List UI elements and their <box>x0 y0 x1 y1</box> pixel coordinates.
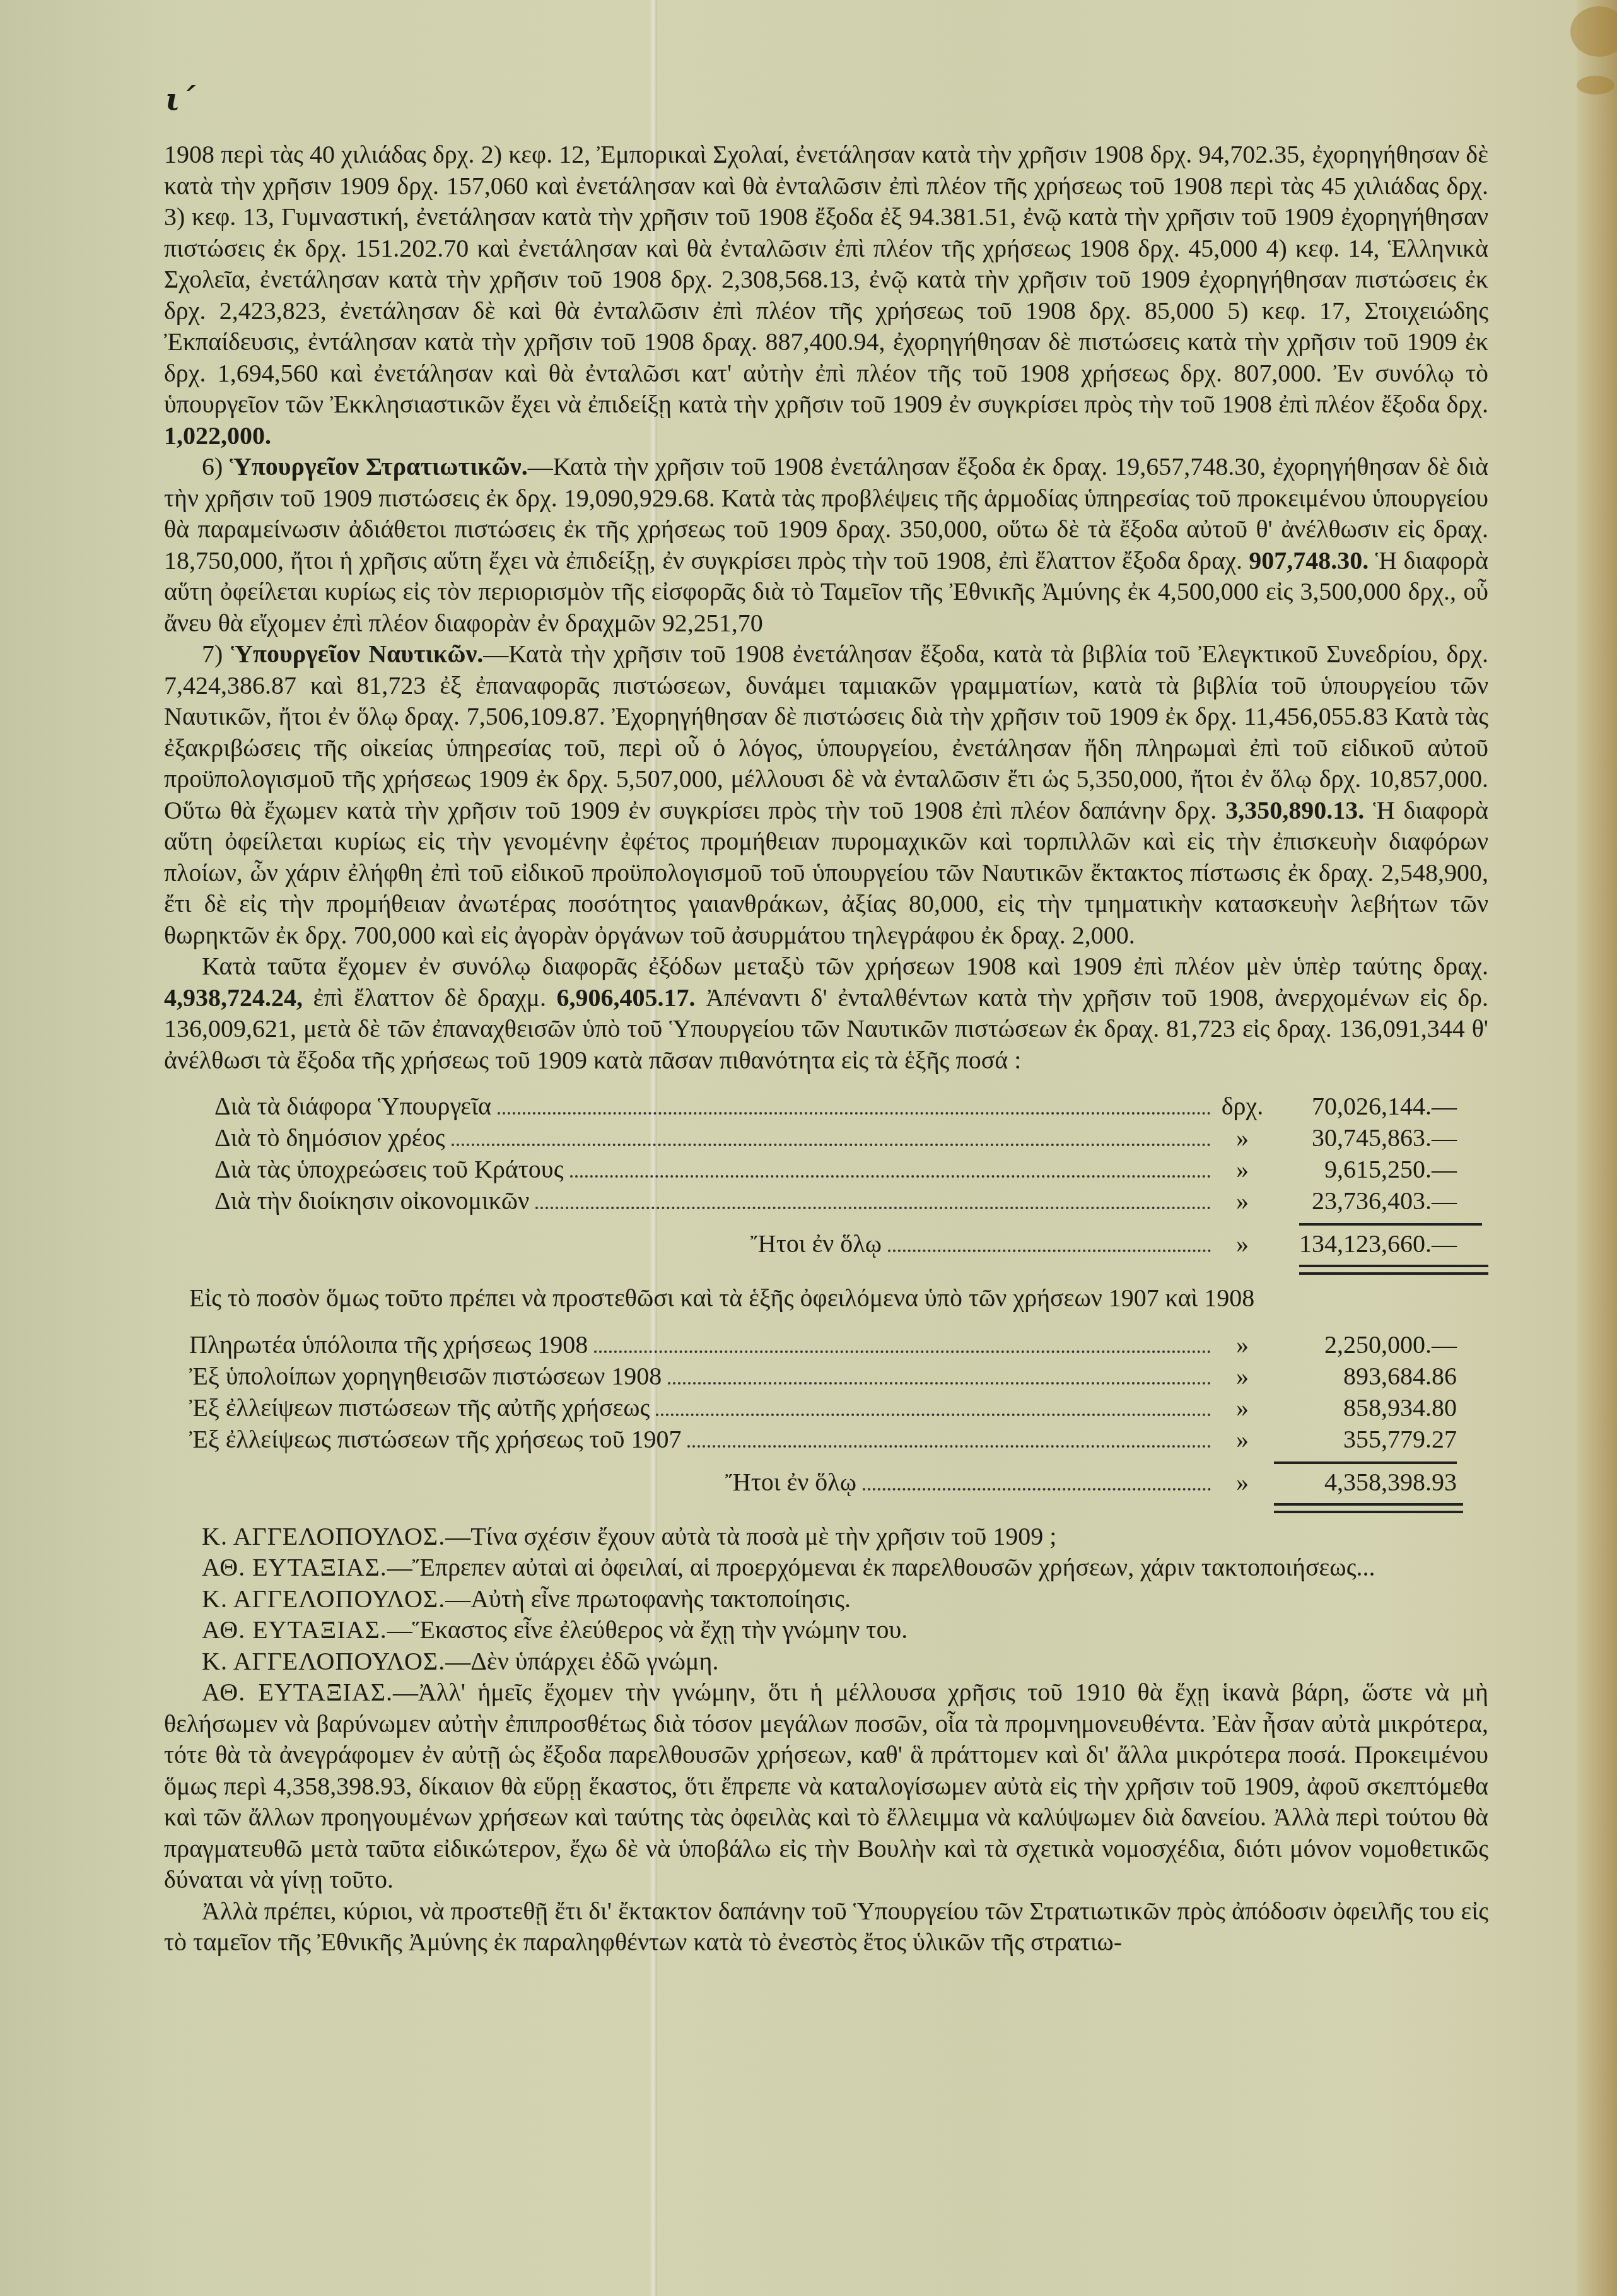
total-double-rule <box>1299 1265 1488 1275</box>
page-edge <box>1577 0 1617 2296</box>
paragraph-education: 1908 περὶ τὰς 40 χιλιάδας δρχ. 2) κεφ. 1… <box>164 139 1488 451</box>
ledger-row: Διὰ τὴν διοίκησιν οἰκονομικῶν »23,736,40… <box>214 1185 1476 1217</box>
speaker-name: Κ. ΑΓΓΕΛΟΠΟΥΛΟΣ. <box>202 1647 445 1675</box>
speaker-name: Κ. ΑΓΓΕΛΟΠΟΥΛΟΣ. <box>202 1522 445 1550</box>
dialogue-line: Κ. ΑΓΓΕΛΟΠΟΥΛΟΣ.—Αὐτὴ εἶνε πρωτοφανὴς τα… <box>164 1583 1488 1615</box>
page-number: ι΄ <box>165 82 195 117</box>
ledger-row: Ἐξ ἐλλείψεων πιστώσεων τῆς αὐτῆς χρήσεως… <box>189 1392 1476 1424</box>
ledger-row: Διὰ τὸ δημόσιον χρέος »30,745,863.— <box>214 1122 1476 1154</box>
ledger-total: Ἤτοι ἐν ὅλῳ »4,358,398.93 <box>189 1467 1476 1498</box>
total-double-rule <box>1274 1503 1463 1513</box>
dialogue-line: ΑΘ. ΕΥΤΑΞΙΑΣ.—Ἀλλ' ἡμεῖς ἔχομεν τὴν γνώμ… <box>164 1677 1488 1895</box>
dialogue-line: Κ. ΑΓΓΕΛΟΠΟΥΛΟΣ.—Τίνα σχέσιν ἔχουν αὐτὰ … <box>164 1521 1488 1552</box>
total-amount: 907,748.30. <box>1249 546 1369 575</box>
ledger-row: Πληρωτέα ὑπόλοιπα τῆς χρήσεως 1908 »2,25… <box>189 1329 1476 1361</box>
dialogue-line: ΑΘ. ΕΥΤΑΞΙΑΣ.—Ἔπρεπεν αὐταὶ αἱ ὀφειλαί, … <box>164 1552 1488 1583</box>
ledger-total: Ἤτοι ἐν ὅλῳ »134,123,660.— <box>214 1228 1476 1260</box>
stain <box>1577 76 1614 95</box>
speaker-name: Κ. ΑΓΓΕΛΟΠΟΥΛΟΣ. <box>202 1584 445 1613</box>
ledger-row: Ἐξ ὑπολοίπων χορηγηθεισῶν πιστώσεων 1908… <box>189 1361 1476 1392</box>
dialogue-line: Κ. ΑΓΓΕΛΟΠΟΥΛΟΣ.—Δὲν ὑπάρχει ἐδῶ γνώμη. <box>164 1646 1488 1677</box>
paragraph-summary: Κατὰ ταῦτα ἔχομεν ἐν συνόλῳ διαφορᾶς ἐξό… <box>164 951 1488 1075</box>
section-heading: Ὑπουργεῖον Ναυτικῶν. <box>231 640 483 668</box>
dialogue-line: ΑΘ. ΕΥΤΑΞΙΑΣ.—Ἕκαστος εἶνε ἐλεύθερος νὰ … <box>164 1614 1488 1646</box>
speaker-name: ΑΘ. ΕΥΤΑΞΙΑΣ. <box>202 1553 387 1581</box>
sum-rule <box>1274 1461 1457 1464</box>
ledger-row: Διὰ τὰς ὑποχρεώσεις τοῦ Κράτους »9,615,2… <box>214 1154 1476 1185</box>
expenses-ledger: Διὰ τὰ διάφορα Ὑπουργεῖα δρχ.70,026,144.… <box>214 1091 1476 1275</box>
total-amount: 3,350,890.13. <box>1225 796 1364 824</box>
paragraph-closing: Ἀλλὰ πρέπει, κύριοι, νὰ προστεθῇ ἔτι δι'… <box>164 1895 1488 1958</box>
scanned-page: ι΄ 1908 περὶ τὰς 40 χιλιάδας δρχ. 2) κεφ… <box>0 0 1617 2296</box>
speaker-name: ΑΘ. ΕΥΤΑΞΙΑΣ. <box>202 1615 387 1644</box>
paragraph-army-ministry: 6) Ὑπουργεῖον Στρατιωτικῶν.—Κατὰ τὴν χρῆ… <box>164 451 1488 638</box>
total-amount: 1,022,000. <box>164 421 271 450</box>
ledger-row: Ἐξ ἐλλείψεως πιστώσεων τῆς χρήσεως τοῦ 1… <box>189 1424 1476 1455</box>
paragraph-navy-ministry: 7) Ὑπουργεῖον Ναυτικῶν.—Κατὰ τὴν χρῆσιν … <box>164 638 1488 951</box>
paragraph-additional: Εἰς τὸ ποσὸν ὅμως τοῦτο πρέπει νὰ προστε… <box>189 1282 1488 1314</box>
section-heading: Ὑπουργεῖον Στρατιωτικῶν. <box>230 452 527 481</box>
ledger-row: Διὰ τὰ διάφορα Ὑπουργεῖα δρχ.70,026,144.… <box>214 1091 1476 1122</box>
arrears-ledger: Πληρωτέα ὑπόλοιπα τῆς χρήσεως 1908 »2,25… <box>189 1329 1476 1513</box>
sum-rule <box>1299 1223 1482 1226</box>
body-text: 1908 περὶ τὰς 40 χιλιάδας δρχ. 2) κεφ. 1… <box>164 139 1488 1958</box>
speaker-name: ΑΘ. ΕΥΤΑΞΙΑΣ. <box>202 1678 393 1706</box>
